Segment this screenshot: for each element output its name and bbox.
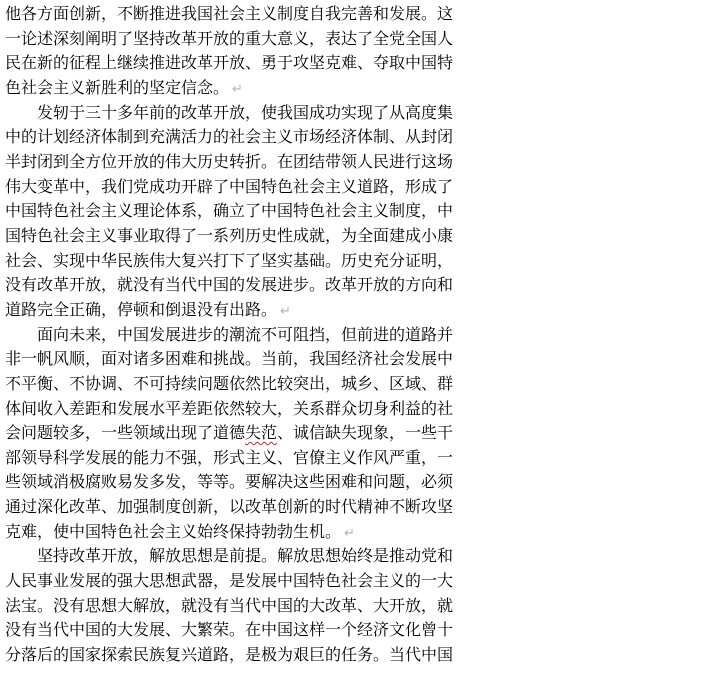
text-line: 发轫于三十多年前的改革开放，使我国成功实现了从高度集 (5, 102, 720, 127)
text-line: 中的计划经济体制到充满活力的社会主义市场经济体制、从封闭 (5, 126, 720, 151)
text-run: 社会、实现中华民族伟大复兴打下了坚实基础。历史充分证明， (5, 253, 453, 270)
text-line: 法宝。没有思想大解放，就没有当代中国的大改革、大开放，就 (5, 595, 720, 620)
text-line: 些领域消极腐败易发多发，等等。要解决这些困难和问题，必须 (5, 471, 720, 496)
text-run: 部领导科学发展的能力不强，形式主义、官僚主义作风严重，一 (5, 450, 453, 467)
text-run: 半封闭到全方位开放的伟大历史转折。在团结带领人民进行这场 (5, 154, 453, 171)
text-line: 面向未来，中国发展进步的潮流不可阻挡，但前进的道路并 (5, 324, 720, 349)
misspelled-word: 失范 (245, 425, 277, 442)
text-line: 道路完全正确，停顿和倒退没有出路。↵ (5, 299, 720, 324)
text-run: 分落后的国家探索民族复兴道路，是极为艰巨的任务。当代中国 (5, 647, 453, 664)
text-line: 半封闭到全方位开放的伟大历史转折。在团结带领人民进行这场 (5, 151, 720, 176)
text-run: 坚持改革开放，解放思想是前提。解放思想始终是推动党和 (37, 548, 453, 565)
text-line: 社会、实现中华民族伟大复兴打下了坚实基础。历史充分证明， (5, 250, 720, 275)
text-run: 他各方面创新，不断推进我国社会主义制度自我完善和发展。这 (5, 6, 453, 23)
text-run: 道路完全正确，停顿和倒退没有出路。 (5, 302, 277, 319)
text-run: 法宝。没有思想大解放，就没有当代中国的大改革、大开放，就 (5, 598, 453, 615)
text-run: 非一帆风顺，面对诸多困难和挑战。当前，我国经济社会发展中 (5, 351, 453, 368)
text-run: 人民事业发展的强大思想武器，是发展中国特色社会主义的一大 (5, 573, 453, 590)
text-run: 没有改革开放，就没有当代中国的发展进步。改革开放的方向和 (5, 277, 453, 294)
text-line: 没有当代中国的大发展、大繁荣。在中国这样一个经济文化曾十 (5, 619, 720, 644)
paragraph-mark-icon: ↵ (277, 304, 291, 319)
text-line: 体间收入差距和发展水平差距依然较大，关系群众切身利益的社 (5, 398, 720, 423)
text-line: 民在新的征程上继续推进改革开放、勇于攻坚克难、夺取中国特 (5, 52, 720, 77)
text-line: 伟大变革中，我们党成功开辟了中国特色社会主义道路，形成了 (5, 176, 720, 201)
text-line: 色社会主义新胜利的坚定信念。↵ (5, 77, 720, 102)
text-line: 一论述深刻阐明了坚持改革开放的重大意义，表达了全党全国人 (5, 28, 720, 53)
text-run: 伟大变革中，我们党成功开辟了中国特色社会主义道路，形成了 (5, 179, 453, 196)
document-page[interactable]: 他各方面创新，不断推进我国社会主义制度自我完善和发展。这一论述深刻阐明了坚持改革… (0, 0, 720, 676)
text-line: 分落后的国家探索民族复兴道路，是极为艰巨的任务。当代中国 (5, 644, 720, 669)
text-run: 没有当代中国的大发展、大繁荣。在中国这样一个经济文化曾十 (5, 622, 453, 639)
text-run: 通过深化改革、加强制度创新，以改革创新的时代精神不断攻坚 (5, 499, 453, 516)
text-line: 没有改革开放，就没有当代中国的发展进步。改革开放的方向和 (5, 274, 720, 299)
text-line: 会问题较多，一些领域出现了道德失范、诚信缺失现象，一些干 (5, 422, 720, 447)
text-line: 非一帆风顺，面对诸多困难和挑战。当前，我国经济社会发展中 (5, 348, 720, 373)
text-run: 一论述深刻阐明了坚持改革开放的重大意义，表达了全党全国人 (5, 31, 453, 48)
text-line: 国特色社会主义事业取得了一系列历史性成就，为全面建成小康 (5, 225, 720, 250)
document-text[interactable]: 他各方面创新，不断推进我国社会主义制度自我完善和发展。这一论述深刻阐明了坚持改革… (5, 3, 720, 669)
text-run: 不平衡、不协调、不可持续问题依然比较突出，城乡、区域、群 (5, 376, 453, 393)
text-line: 不平衡、不协调、不可持续问题依然比较突出，城乡、区域、群 (5, 373, 720, 398)
paragraph-mark-icon: ↵ (341, 526, 355, 541)
text-run: 国特色社会主义事业取得了一系列历史性成就，为全面建成小康 (5, 228, 453, 245)
text-run: 面向未来，中国发展进步的潮流不可阻挡，但前进的道路并 (37, 327, 453, 344)
text-line: 他各方面创新，不断推进我国社会主义制度自我完善和发展。这 (5, 3, 720, 28)
text-line: 人民事业发展的强大思想武器，是发展中国特色社会主义的一大 (5, 570, 720, 595)
text-run: 克难，使中国特色社会主义始终保持勃勃生机。 (5, 524, 341, 541)
text-run: 色社会主义新胜利的坚定信念。 (5, 80, 229, 97)
text-line: 坚持改革开放，解放思想是前提。解放思想始终是推动党和 (5, 545, 720, 570)
text-line: 克难，使中国特色社会主义始终保持勃勃生机。↵ (5, 521, 720, 546)
text-run: 民在新的征程上继续推进改革开放、勇于攻坚克难、夺取中国特 (5, 55, 453, 72)
text-run: 中的计划经济体制到充满活力的社会主义市场经济体制、从封闭 (5, 129, 453, 146)
text-run: 发轫于三十多年前的改革开放，使我国成功实现了从高度集 (37, 105, 453, 122)
text-run: 、诚信缺失现象，一些干 (277, 425, 453, 442)
text-line: 通过深化改革、加强制度创新，以改革创新的时代精神不断攻坚 (5, 496, 720, 521)
text-run: 体间收入差距和发展水平差距依然较大，关系群众切身利益的社 (5, 401, 453, 418)
paragraph-mark-icon: ↵ (229, 82, 243, 97)
text-line: 部领导科学发展的能力不强，形式主义、官僚主义作风严重，一 (5, 447, 720, 472)
text-run: 中国特色社会主义理论体系，确立了中国特色社会主义制度，中 (5, 203, 453, 220)
text-run: 些领域消极腐败易发多发，等等。要解决这些困难和问题，必须 (5, 474, 453, 491)
text-run: 会问题较多，一些领域出现了道德 (5, 425, 245, 442)
text-line: 中国特色社会主义理论体系，确立了中国特色社会主义制度，中 (5, 200, 720, 225)
